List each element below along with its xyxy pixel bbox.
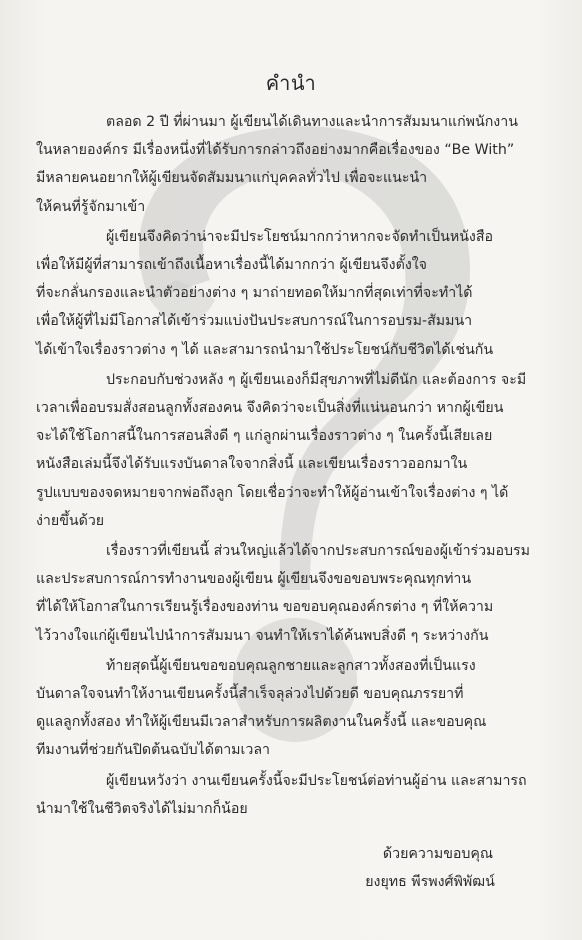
text-line: เรื่องราวที่เขียนนี้ ส่วนใหญ่แล้วได้จากป… — [36, 537, 546, 565]
text-line: ไว้วางใจแก่ผู้เขียนไปนำการสัมมนา จนทำให้… — [36, 622, 546, 650]
text-line: หนังสือเล่มนี้จึงได้รับแรงบันดาลใจจากสิ่… — [36, 450, 546, 478]
paragraph-6: ผู้เขียนหวังว่า งานเขียนครั้งนี้จะมีประโ… — [36, 767, 546, 823]
text-line: ท้ายสุดนี้ผู้เขียนขอขอบคุณลูกชายและลูกสา… — [36, 652, 546, 680]
text-line: บันดาลใจจนทำให้งานเขียนครั้งนี้สำเร็จลุล… — [36, 680, 546, 708]
text-line: เวลาเพื่ออบรมสั่งสอนลูกทั้งสองคน จึงคิดว… — [36, 394, 546, 422]
text-line: ให้คนที่รู้จักมาเข้า — [36, 193, 546, 221]
text-line: ทีมงานที่ช่วยกันปิดต้นฉบับได้ตามเวลา — [36, 736, 546, 764]
text-line: ได้เข้าใจเรื่องราวต่าง ๆ ได้ และสามารถนำ… — [36, 336, 546, 364]
text-line: และประสบการณ์การทำงานของผู้เขียน ผู้เขีย… — [36, 565, 546, 593]
text-line: ตลอด 2 ปี ที่ผ่านมา ผู้เขียนได้เดินทางแล… — [36, 108, 546, 136]
text-line: ผู้เขียนจึงคิดว่าน่าจะมีประโยชน์มากกว่าห… — [36, 223, 546, 251]
paragraph-3: ประกอบกับช่วงหลัง ๆ ผู้เขียนเองก็มีสุขภา… — [36, 366, 546, 535]
text-line: ดูแลลูกทั้งสอง ทำให้ผู้เขียนมีเวลาสำหรับ… — [36, 708, 546, 736]
paragraph-5: ท้ายสุดนี้ผู้เขียนขอขอบคุณลูกชายและลูกสา… — [36, 652, 546, 765]
text-line: นำมาใช้ในชีวิตจริงได้ไม่มากก็น้อย — [36, 795, 546, 823]
signature-block: ด้วยความขอบคุณ ยงยุทธ พีรพงศ์พิพัฒน์ — [320, 840, 540, 896]
paragraph-2: ผู้เขียนจึงคิดว่าน่าจะมีประโยชน์มากกว่าห… — [36, 223, 546, 364]
text-line: เพื่อให้ผู้ที่ไม่มีโอกาสได้เข้าร่วมแบ่งป… — [36, 307, 546, 335]
text-line: เพื่อให้มีผู้ที่สามารถเข้าถึงเนื้อหาเรื่… — [36, 251, 546, 279]
text-line: รูปแบบของจดหมายจากพ่อถึงลูก โดยเชื่อว่าจ… — [36, 479, 546, 507]
text-line: จะได้ใช้โอกาสนี้ในการสอนสิ่งดี ๆ แก่ลูกผ… — [36, 422, 546, 450]
paragraph-1: ตลอด 2 ปี ที่ผ่านมา ผู้เขียนได้เดินทางแล… — [36, 108, 546, 221]
text-line: ประกอบกับช่วงหลัง ๆ ผู้เขียนเองก็มีสุขภา… — [36, 366, 546, 394]
text-line: ที่ได้ให้โอกาสในการเรียนรู้เรื่องของท่าน… — [36, 593, 546, 621]
book-page: คำนำ ตลอด 2 ปี ที่ผ่านมา ผู้เขียนได้เดิน… — [0, 0, 582, 940]
paragraph-4: เรื่องราวที่เขียนนี้ ส่วนใหญ่แล้วได้จากป… — [36, 537, 546, 650]
text-line: ง่ายขึ้นด้วย — [36, 507, 546, 535]
text-line: ผู้เขียนหวังว่า งานเขียนครั้งนี้จะมีประโ… — [36, 767, 546, 795]
closing-text: ด้วยความขอบคุณ — [320, 840, 540, 868]
text-line: มีหลายคนอยากให้ผู้เขียนจัดสัมมนาแก่บุคคล… — [36, 164, 546, 192]
preface-content: คำนำ ตลอด 2 ปี ที่ผ่านมา ผู้เขียนได้เดิน… — [36, 68, 546, 825]
text-line: ในหลายองค์กร มีเรื่องหนึ่งที่ได้รับการกล… — [36, 136, 546, 164]
page-title: คำนำ — [36, 68, 546, 98]
text-line: ที่จะกลั่นกรองและนำตัวอย่างต่าง ๆ มาถ่าย… — [36, 279, 546, 307]
author-name: ยงยุทธ พีรพงศ์พิพัฒน์ — [320, 868, 540, 896]
